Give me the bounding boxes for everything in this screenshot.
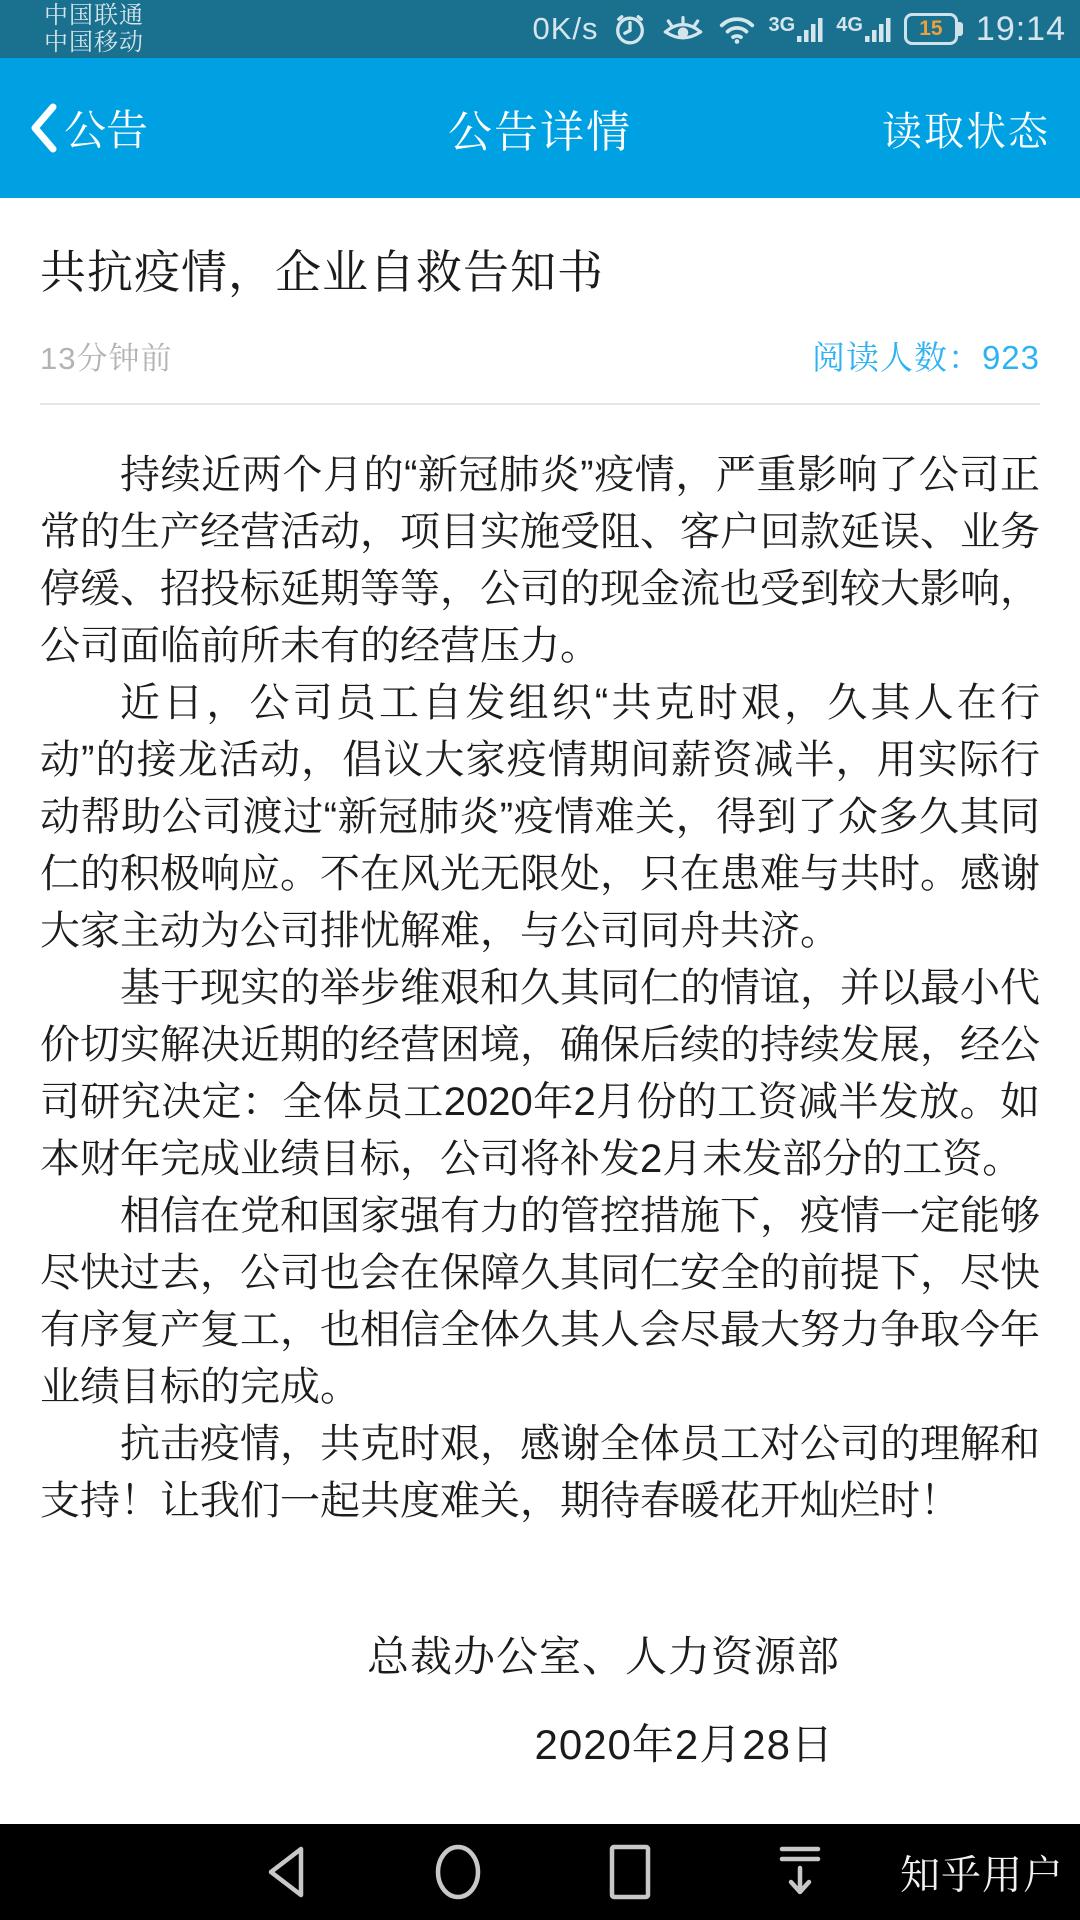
network-3g-indicator: 3G xyxy=(769,15,824,43)
watermark-username: 知乎用户 xyxy=(900,1844,1064,1901)
nav-recents-button[interactable] xyxy=(608,1843,652,1901)
battery-nub xyxy=(958,22,963,36)
nav-hide-button[interactable] xyxy=(774,1842,826,1902)
eye-protection-icon xyxy=(661,12,705,46)
paragraph-2: 近日，公司员工自发组织“共克时艰，久其人在行动”的接龙活动，倡议大家疫情期间薪资… xyxy=(40,675,1040,960)
page-title: 公告详情 xyxy=(448,96,632,160)
network-speed: 0K/s xyxy=(533,11,599,47)
screen: 中国联通 中国移动 0K/s xyxy=(0,0,1080,1920)
carrier-line-2: 中国移动 xyxy=(44,29,144,56)
announcement-meta: 13分钟前 阅读人数：923 xyxy=(40,332,1040,379)
paragraph-5: 抗击疫情，共克时艰，感谢全体员工对公司的理解和支持！让我们一起共度难关，期待春暖… xyxy=(40,1416,1040,1530)
paragraph-3: 基于现实的举步维艰和久其同仁的情谊，并以最小代价切实解决近期的经营困境，确保后续… xyxy=(40,960,1040,1188)
back-button[interactable]: 公告 xyxy=(0,78,168,178)
network-4g-label: 4G xyxy=(836,15,863,35)
signature: 总裁办公室、人力资源部 xyxy=(40,1624,1040,1684)
signal-bars-4g-icon xyxy=(865,15,891,43)
read-status-button[interactable]: 读取状态 xyxy=(882,100,1050,157)
alarm-clock-icon xyxy=(612,11,648,47)
android-nav-bar: 知乎用户 xyxy=(0,1824,1080,1920)
signature-date: 2020年2月28日 xyxy=(40,1712,1040,1772)
carrier-line-1: 中国联通 xyxy=(44,2,144,29)
announcement-body: 持续近两个月的“新冠肺炎”疫情，严重影响了公司正常的生产经营活动，项目实施受阻、… xyxy=(40,447,1040,1530)
status-bar-right: 0K/s xyxy=(533,10,1067,49)
battery-percent: 15 xyxy=(919,17,942,41)
nav-home-button[interactable] xyxy=(433,1842,483,1902)
back-label: 公告 xyxy=(64,98,148,158)
signal-bars-3g-icon xyxy=(797,15,823,43)
time-ago: 13分钟前 xyxy=(40,333,172,378)
nav-back-button[interactable] xyxy=(263,1844,307,1900)
paragraph-4: 相信在党和国家强有力的管控措施下，疫情一定能够尽快过去，公司也会在保障久其同仁安… xyxy=(40,1188,1040,1416)
wifi-icon xyxy=(718,13,756,45)
paragraph-1: 持续近两个月的“新冠肺炎”疫情，严重影响了公司正常的生产经营活动，项目实施受阻、… xyxy=(40,447,1040,675)
carrier-names: 中国联通 中国移动 xyxy=(44,2,144,56)
read-count: 阅读人数：923 xyxy=(812,332,1040,379)
announcement-content: 共抗疫情，企业自救告知书 13分钟前 阅读人数：923 持续近两个月的“新冠肺炎… xyxy=(0,198,1080,1824)
back-chevron-icon xyxy=(28,102,58,154)
network-3g-label: 3G xyxy=(769,15,796,35)
status-bar: 中国联通 中国移动 0K/s xyxy=(0,0,1080,58)
status-time: 19:14 xyxy=(976,10,1066,49)
app-header: 公告 公告详情 读取状态 xyxy=(0,58,1080,198)
announcement-title: 共抗疫情，企业自救告知书 xyxy=(40,236,1040,302)
divider xyxy=(40,403,1040,405)
battery-body: 15 xyxy=(904,13,958,45)
battery-icon: 15 xyxy=(904,13,963,45)
network-4g-indicator: 4G xyxy=(836,15,891,43)
